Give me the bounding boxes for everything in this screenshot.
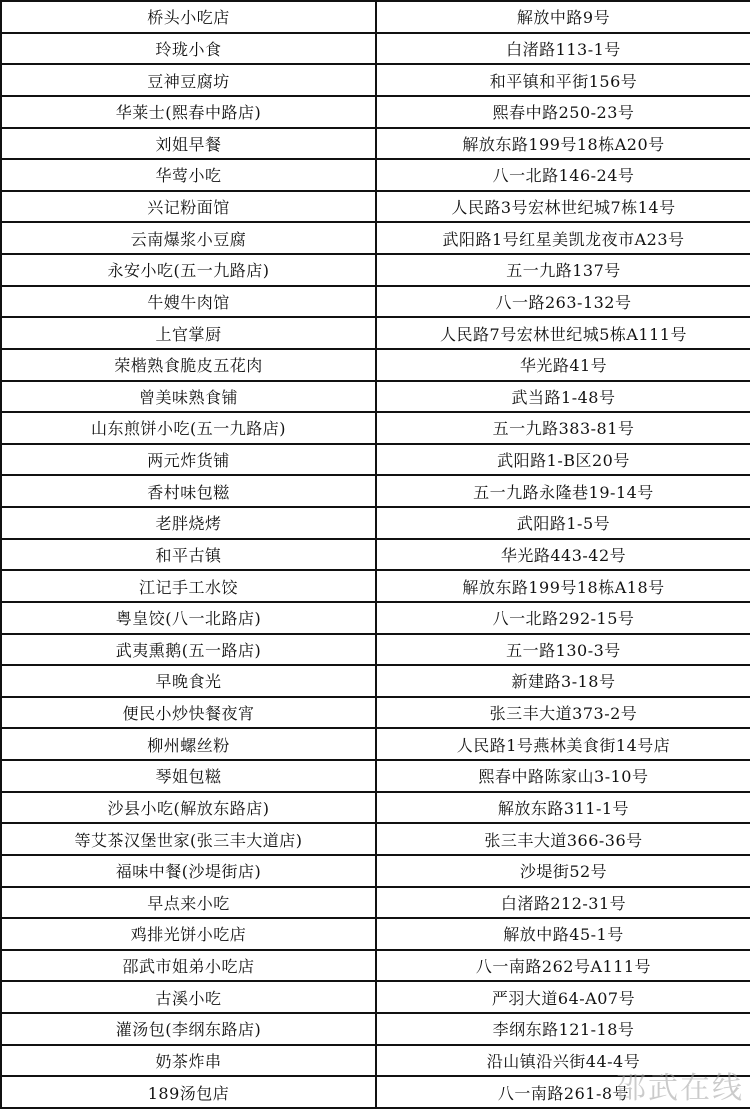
restaurant-name-cell: 便民小炒快餐夜宵: [1, 697, 376, 729]
restaurant-address-cell: 武阳路1-5号: [376, 507, 750, 539]
restaurant-name-cell: 等艾茶汉堡世家(张三丰大道店): [1, 823, 376, 855]
restaurant-address-cell: 武阳路1-B区20号: [376, 444, 750, 476]
table-row: 等艾茶汉堡世家(张三丰大道店)张三丰大道366-36号: [1, 823, 750, 855]
restaurant-name-cell: 琴姐包糍: [1, 760, 376, 792]
restaurant-address-cell: 八一南路262号A111号: [376, 950, 750, 982]
table-row: 华莱士(熙春中路店)熙春中路250-23号: [1, 96, 750, 128]
restaurant-address-cell: 五一九路137号: [376, 254, 750, 286]
restaurant-address-cell: 八一路263-132号: [376, 286, 750, 318]
restaurant-address-cell: 八一北路292-15号: [376, 602, 750, 634]
table-row: 老胖烧烤武阳路1-5号: [1, 507, 750, 539]
restaurant-name-cell: 上官掌厨: [1, 317, 376, 349]
restaurant-name-cell: 桥头小吃店: [1, 1, 376, 33]
table-row: 沙县小吃(解放东路店)解放东路311-1号: [1, 792, 750, 824]
restaurant-address-cell: 华光路443-42号: [376, 539, 750, 571]
restaurant-address-cell: 武当路1-48号: [376, 381, 750, 413]
restaurant-name-cell: 华莺小吃: [1, 159, 376, 191]
restaurant-address-cell: 华光路41号: [376, 349, 750, 381]
restaurant-name-cell: 兴记粉面馆: [1, 191, 376, 223]
table-row: 江记手工水饺解放东路199号18栋A18号: [1, 570, 750, 602]
restaurant-address-cell: 五一路130-3号: [376, 634, 750, 666]
table-row: 琴姐包糍熙春中路陈家山3-10号: [1, 760, 750, 792]
restaurant-address-cell: 人民路1号燕林美食街14号店: [376, 728, 750, 760]
restaurant-name-cell: 曾美味熟食铺: [1, 381, 376, 413]
restaurant-name-cell: 老胖烧烤: [1, 507, 376, 539]
restaurant-table: 桥头小吃店解放中路9号玲珑小食白渚路113-1号豆神豆腐坊和平镇和平街156号华…: [0, 0, 750, 1109]
table-row: 曾美味熟食铺武当路1-48号: [1, 381, 750, 413]
restaurant-name-cell: 和平古镇: [1, 539, 376, 571]
table-row: 荣楷熟食脆皮五花肉华光路41号: [1, 349, 750, 381]
table-row: 华莺小吃八一北路146-24号: [1, 159, 750, 191]
restaurant-name-cell: 山东煎饼小吃(五一九路店): [1, 412, 376, 444]
table-row: 刘姐早餐解放东路199号18栋A20号: [1, 128, 750, 160]
restaurant-name-cell: 鸡排光饼小吃店: [1, 918, 376, 950]
restaurant-address-cell: 武阳路1号红星美凯龙夜市A23号: [376, 222, 750, 254]
restaurant-name-cell: 两元炸货铺: [1, 444, 376, 476]
restaurant-name-cell: 玲珑小食: [1, 33, 376, 65]
table-row: 香村味包糍五一九路永隆巷19-14号: [1, 475, 750, 507]
restaurant-name-cell: 云南爆浆小豆腐: [1, 222, 376, 254]
restaurant-address-cell: 八一北路146-24号: [376, 159, 750, 191]
restaurant-address-cell: 熙春中路250-23号: [376, 96, 750, 128]
restaurant-name-cell: 豆神豆腐坊: [1, 64, 376, 96]
restaurant-address-cell: 解放东路311-1号: [376, 792, 750, 824]
restaurant-address-cell: 熙春中路陈家山3-10号: [376, 760, 750, 792]
table-row: 福味中餐(沙堤街店)沙堤街52号: [1, 855, 750, 887]
restaurant-name-cell: 福味中餐(沙堤街店): [1, 855, 376, 887]
restaurant-name-cell: 古溪小吃: [1, 981, 376, 1013]
restaurant-name-cell: 189汤包店: [1, 1076, 376, 1108]
restaurant-name-cell: 武夷熏鹅(五一路店): [1, 634, 376, 666]
restaurant-address-cell: 八一南路261-8号: [376, 1076, 750, 1108]
restaurant-name-cell: 牛嫂牛肉馆: [1, 286, 376, 318]
restaurant-address-cell: 解放中路9号: [376, 1, 750, 33]
table-row: 桥头小吃店解放中路9号: [1, 1, 750, 33]
restaurant-name-cell: 香村味包糍: [1, 475, 376, 507]
table-row: 两元炸货铺武阳路1-B区20号: [1, 444, 750, 476]
table-row: 武夷熏鹅(五一路店)五一路130-3号: [1, 634, 750, 666]
table-row: 粤皇饺(八一北路店)八一北路292-15号: [1, 602, 750, 634]
table-row: 便民小炒快餐夜宵张三丰大道373-2号: [1, 697, 750, 729]
table-row: 灌汤包(李纲东路店)李纲东路121-18号: [1, 1013, 750, 1045]
restaurant-name-cell: 奶茶炸串: [1, 1045, 376, 1077]
table-row: 189汤包店八一南路261-8号: [1, 1076, 750, 1108]
table-row: 古溪小吃严羽大道64-A07号: [1, 981, 750, 1013]
restaurant-name-cell: 粤皇饺(八一北路店): [1, 602, 376, 634]
restaurant-name-cell: 邵武市姐弟小吃店: [1, 950, 376, 982]
table-row: 上官掌厨人民路7号宏林世纪城5栋A111号: [1, 317, 750, 349]
table-row: 云南爆浆小豆腐武阳路1号红星美凯龙夜市A23号: [1, 222, 750, 254]
restaurant-address-cell: 严羽大道64-A07号: [376, 981, 750, 1013]
restaurant-address-cell: 解放东路199号18栋A18号: [376, 570, 750, 602]
restaurant-address-cell: 沙堤街52号: [376, 855, 750, 887]
table-row: 邵武市姐弟小吃店八一南路262号A111号: [1, 950, 750, 982]
table-row: 山东煎饼小吃(五一九路店)五一九路383-81号: [1, 412, 750, 444]
restaurant-name-cell: 荣楷熟食脆皮五花肉: [1, 349, 376, 381]
table-body: 桥头小吃店解放中路9号玲珑小食白渚路113-1号豆神豆腐坊和平镇和平街156号华…: [1, 1, 750, 1108]
table-row: 早晚食光新建路3-18号: [1, 665, 750, 697]
table-row: 奶茶炸串沿山镇沿兴街44-4号: [1, 1045, 750, 1077]
table-row: 玲珑小食白渚路113-1号: [1, 33, 750, 65]
restaurant-address-cell: 张三丰大道373-2号: [376, 697, 750, 729]
restaurant-name-cell: 华莱士(熙春中路店): [1, 96, 376, 128]
restaurant-name-cell: 沙县小吃(解放东路店): [1, 792, 376, 824]
table-row: 鸡排光饼小吃店解放中路45-1号: [1, 918, 750, 950]
table-row: 兴记粉面馆人民路3号宏林世纪城7栋14号: [1, 191, 750, 223]
restaurant-name-cell: 早点来小吃: [1, 887, 376, 919]
restaurant-name-cell: 柳州螺丝粉: [1, 728, 376, 760]
restaurant-address-cell: 沿山镇沿兴街44-4号: [376, 1045, 750, 1077]
restaurant-address-cell: 李纲东路121-18号: [376, 1013, 750, 1045]
restaurant-address-cell: 人民路3号宏林世纪城7栋14号: [376, 191, 750, 223]
restaurant-address-cell: 人民路7号宏林世纪城5栋A111号: [376, 317, 750, 349]
restaurant-address-cell: 白渚路212-31号: [376, 887, 750, 919]
restaurant-address-cell: 张三丰大道366-36号: [376, 823, 750, 855]
restaurant-name-cell: 江记手工水饺: [1, 570, 376, 602]
table-row: 豆神豆腐坊和平镇和平街156号: [1, 64, 750, 96]
restaurant-name-cell: 灌汤包(李纲东路店): [1, 1013, 376, 1045]
table-row: 柳州螺丝粉人民路1号燕林美食街14号店: [1, 728, 750, 760]
table-row: 永安小吃(五一九路店)五一九路137号: [1, 254, 750, 286]
restaurant-address-cell: 五一九路永隆巷19-14号: [376, 475, 750, 507]
restaurant-address-cell: 解放中路45-1号: [376, 918, 750, 950]
restaurant-name-cell: 刘姐早餐: [1, 128, 376, 160]
table-row: 早点来小吃白渚路212-31号: [1, 887, 750, 919]
restaurant-address-cell: 白渚路113-1号: [376, 33, 750, 65]
restaurant-name-cell: 早晚食光: [1, 665, 376, 697]
table-row: 牛嫂牛肉馆八一路263-132号: [1, 286, 750, 318]
restaurant-name-cell: 永安小吃(五一九路店): [1, 254, 376, 286]
table-row: 和平古镇华光路443-42号: [1, 539, 750, 571]
restaurant-address-cell: 五一九路383-81号: [376, 412, 750, 444]
restaurant-address-cell: 解放东路199号18栋A20号: [376, 128, 750, 160]
restaurant-address-cell: 新建路3-18号: [376, 665, 750, 697]
restaurant-address-cell: 和平镇和平街156号: [376, 64, 750, 96]
